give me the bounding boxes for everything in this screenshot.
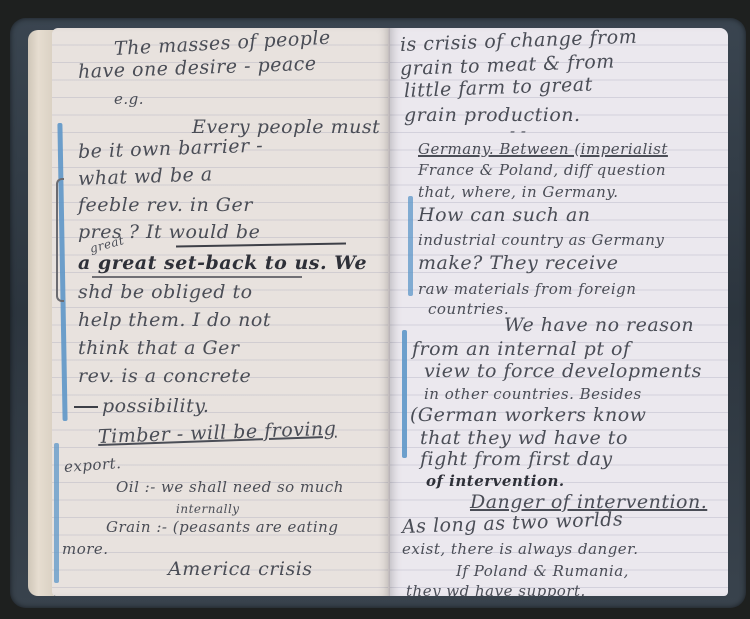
page-edges [28,30,54,596]
handwritten-line: internally [176,502,240,516]
handwritten-line: Timber - will be froving [98,418,337,448]
handwritten-line: As long as two worlds [402,508,624,538]
handwritten-line: Oil :- we shall need so much [116,478,344,496]
handwritten-line: be it own barrier - [78,135,264,163]
handwritten-line: they wd have support. [406,582,586,596]
handwritten-line: rev. is a concrete [78,365,251,387]
left-page: The masses of people have one desire - p… [52,28,390,596]
blue-pencil-margin-mark [408,196,413,296]
underline [92,276,302,278]
handwritten-line: feeble rev. in Ger [78,194,253,216]
handwritten-line: (German workers know [410,404,646,426]
handwritten-line: industrial country as Germany [418,231,664,249]
handwritten-line: possibility. [102,395,209,417]
blue-pencil-margin-mark [54,443,59,583]
handwritten-line: We have no reason [504,314,694,336]
handwritten-line: If Poland & Rumania, [456,562,629,580]
handwritten-line: view to force developments [424,360,702,382]
handwritten-line: make? They receive [418,252,619,274]
pencil-bracket [56,178,64,302]
handwritten-line: of intervention. [426,472,565,490]
handwritten-line: fight from first day [420,448,613,470]
handwritten-line: raw materials from foreign [418,280,636,298]
handwritten-line: Every people must [192,116,380,138]
right-page: is crisis of change from grain to meat &… [390,28,728,596]
underline [176,243,346,248]
handwritten-line: help them. I do not [78,309,271,331]
handwritten-line: Grain :- (peasants are eating [106,518,338,536]
handwritten-line: How can such an [418,204,591,226]
handwritten-line: shd be obliged to [78,281,253,303]
handwritten-line: more. [62,540,109,558]
handwritten-line: export. [63,454,122,476]
handwritten-line: that, where, in Germany. [418,183,619,201]
handwritten-line: that they wd have to [420,427,628,449]
handwritten-line: think that a Ger [78,337,239,359]
handwritten-line: e.g. [114,90,144,108]
handwritten-line: exist, there is always danger. [402,540,638,558]
handwritten-line: a great set-back to us. We [78,252,367,274]
handwritten-line: in other countries. Besides [424,385,642,403]
handwritten-line: Germany. Between (imperialist [418,140,668,158]
handwritten-line: what wd be a [78,163,213,190]
handwritten-line: from an internal pt of [412,338,630,360]
handwritten-line: America crisis [168,558,313,580]
section-divider: - - [510,122,526,140]
blue-pencil-margin-mark [402,330,407,458]
handwritten-line: countries. [428,300,509,318]
handwritten-line: grain production. [404,104,581,126]
strikethrough [74,406,98,408]
handwritten-line: France & Poland, diff question [418,161,666,179]
